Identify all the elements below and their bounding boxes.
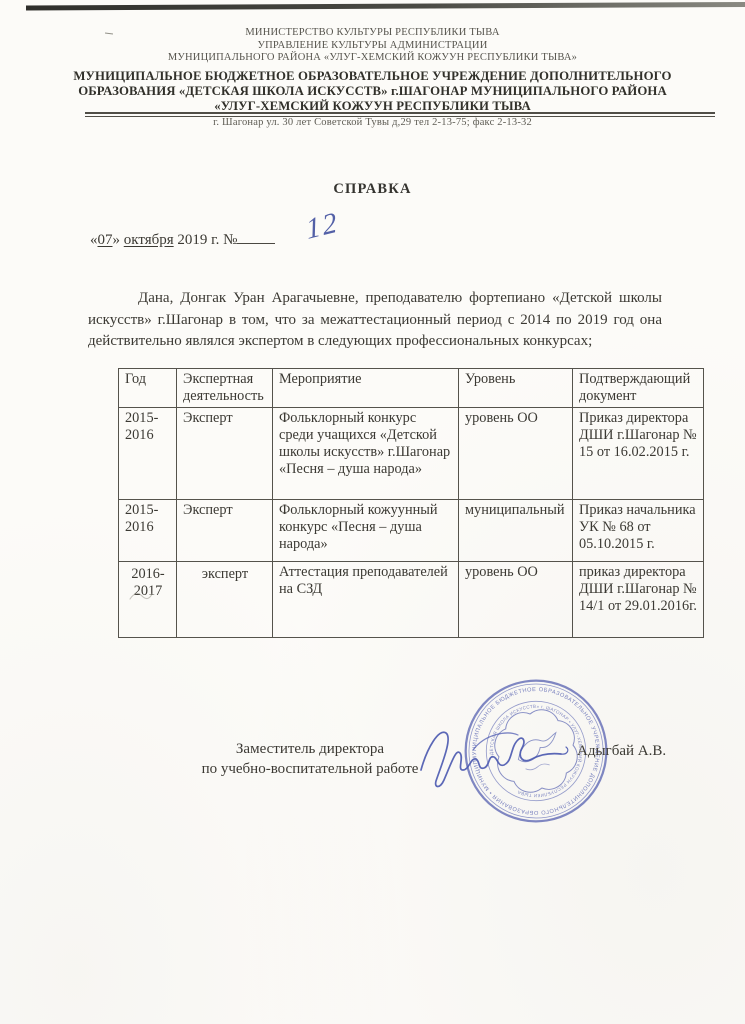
- cell-role: Эксперт: [177, 500, 273, 562]
- cell-event: Фольклорный кожуунный конкурс «Песня – д…: [273, 500, 459, 562]
- expert-activity-table: Год Экспертная деятельность Мероприятие …: [118, 368, 704, 638]
- cell-year: 2015-2016: [119, 500, 177, 562]
- cell-document: Приказ директора ДШИ г.Шагонар № 15 от 1…: [573, 408, 704, 500]
- header-role: Экспертная деятельность: [177, 369, 273, 408]
- header-level: Уровень: [459, 369, 573, 408]
- cell-role: эксперт: [177, 562, 273, 638]
- table-header-row: Год Экспертная деятельность Мероприятие …: [119, 369, 704, 408]
- cell-event: Аттестация преподавателей на СЗД: [273, 562, 459, 638]
- handwritten-document-number: 12: [304, 206, 341, 247]
- quote-open: «: [90, 232, 98, 248]
- ministry-line: МИНИСТЕРСТВО КУЛЬТУРЫ РЕСПУБЛИКИ ТЫВА: [0, 27, 745, 40]
- organization-address: г. Шагонар ул. 30 лет Советской Тувы д,2…: [0, 117, 745, 128]
- pencil-mark-artifact: [128, 588, 154, 604]
- table-row: 2016-2017 эксперт Аттестация преподавате…: [119, 562, 704, 638]
- cell-level: муниципальный: [459, 500, 573, 562]
- cell-document: Приказ начальника УК № 68 от 05.10.2015 …: [573, 500, 704, 562]
- certificate-body-text: Дана, Донгак Уран Арагачыевне, преподава…: [88, 288, 662, 353]
- letterhead-ministry-block: МИНИСТЕРСТВО КУЛЬТУРЫ РЕСПУБЛИКИ ТЫВА УП…: [0, 27, 745, 65]
- header-event: Мероприятие: [273, 369, 459, 408]
- cell-event: Фольклорный конкурс среди учащихся «Детс…: [273, 408, 459, 500]
- handwritten-signature: [415, 706, 583, 798]
- table-row: 2015-2016 Эксперт Фольклорный кожуунный …: [119, 500, 704, 562]
- quote-close: »: [113, 232, 121, 248]
- document-title: СПРАВКА: [0, 181, 745, 198]
- organization-name-line: ОБРАЗОВАНИЯ «ДЕТСКАЯ ШКОЛА ИСКУССТВ» г.Ш…: [40, 84, 705, 99]
- cell-level: уровень ОО: [459, 408, 573, 500]
- cell-level: уровень ОО: [459, 562, 573, 638]
- scanner-edge-artifact: [26, 2, 745, 11]
- date-month: октября: [124, 232, 174, 248]
- header-document: Подтверждающий документ: [573, 369, 704, 408]
- signatory-name: Адыгбай А.В.: [577, 743, 666, 760]
- ministry-line: МУНИЦИПАЛЬНОГО РАЙОНА «УЛУГ-ХЕМСКИЙ КОЖУ…: [0, 52, 745, 65]
- number-blank-line: [237, 228, 275, 244]
- organization-name-line: МУНИЦИПАЛЬНОЕ БЮДЖЕТНОЕ ОБРАЗОВАТЕЛЬНОЕ …: [40, 69, 705, 84]
- scanned-certificate-page: МИНИСТЕРСТВО КУЛЬТУРЫ РЕСПУБЛИКИ ТЫВА УП…: [0, 0, 745, 1024]
- cell-role: Эксперт: [177, 408, 273, 500]
- header-year: Год: [119, 369, 177, 408]
- date-year: 2019 г.: [177, 232, 219, 248]
- date-day: 07: [98, 232, 113, 248]
- date-number-line: «07» октября 2019 г. №: [90, 228, 275, 249]
- cell-year: 2015-2016: [119, 408, 177, 500]
- number-label: №: [223, 232, 237, 248]
- cell-document: приказ директора ДШИ г.Шагонар № 14/1 от…: [573, 562, 704, 638]
- ministry-line: УПРАВЛЕНИЕ КУЛЬТУРЫ АДМИНИСТРАЦИИ: [0, 40, 745, 53]
- organization-name: МУНИЦИПАЛЬНОЕ БЮДЖЕТНОЕ ОБРАЗОВАТЕЛЬНОЕ …: [40, 69, 705, 114]
- table-row: 2015-2016 Эксперт Фольклорный конкурс ср…: [119, 408, 704, 500]
